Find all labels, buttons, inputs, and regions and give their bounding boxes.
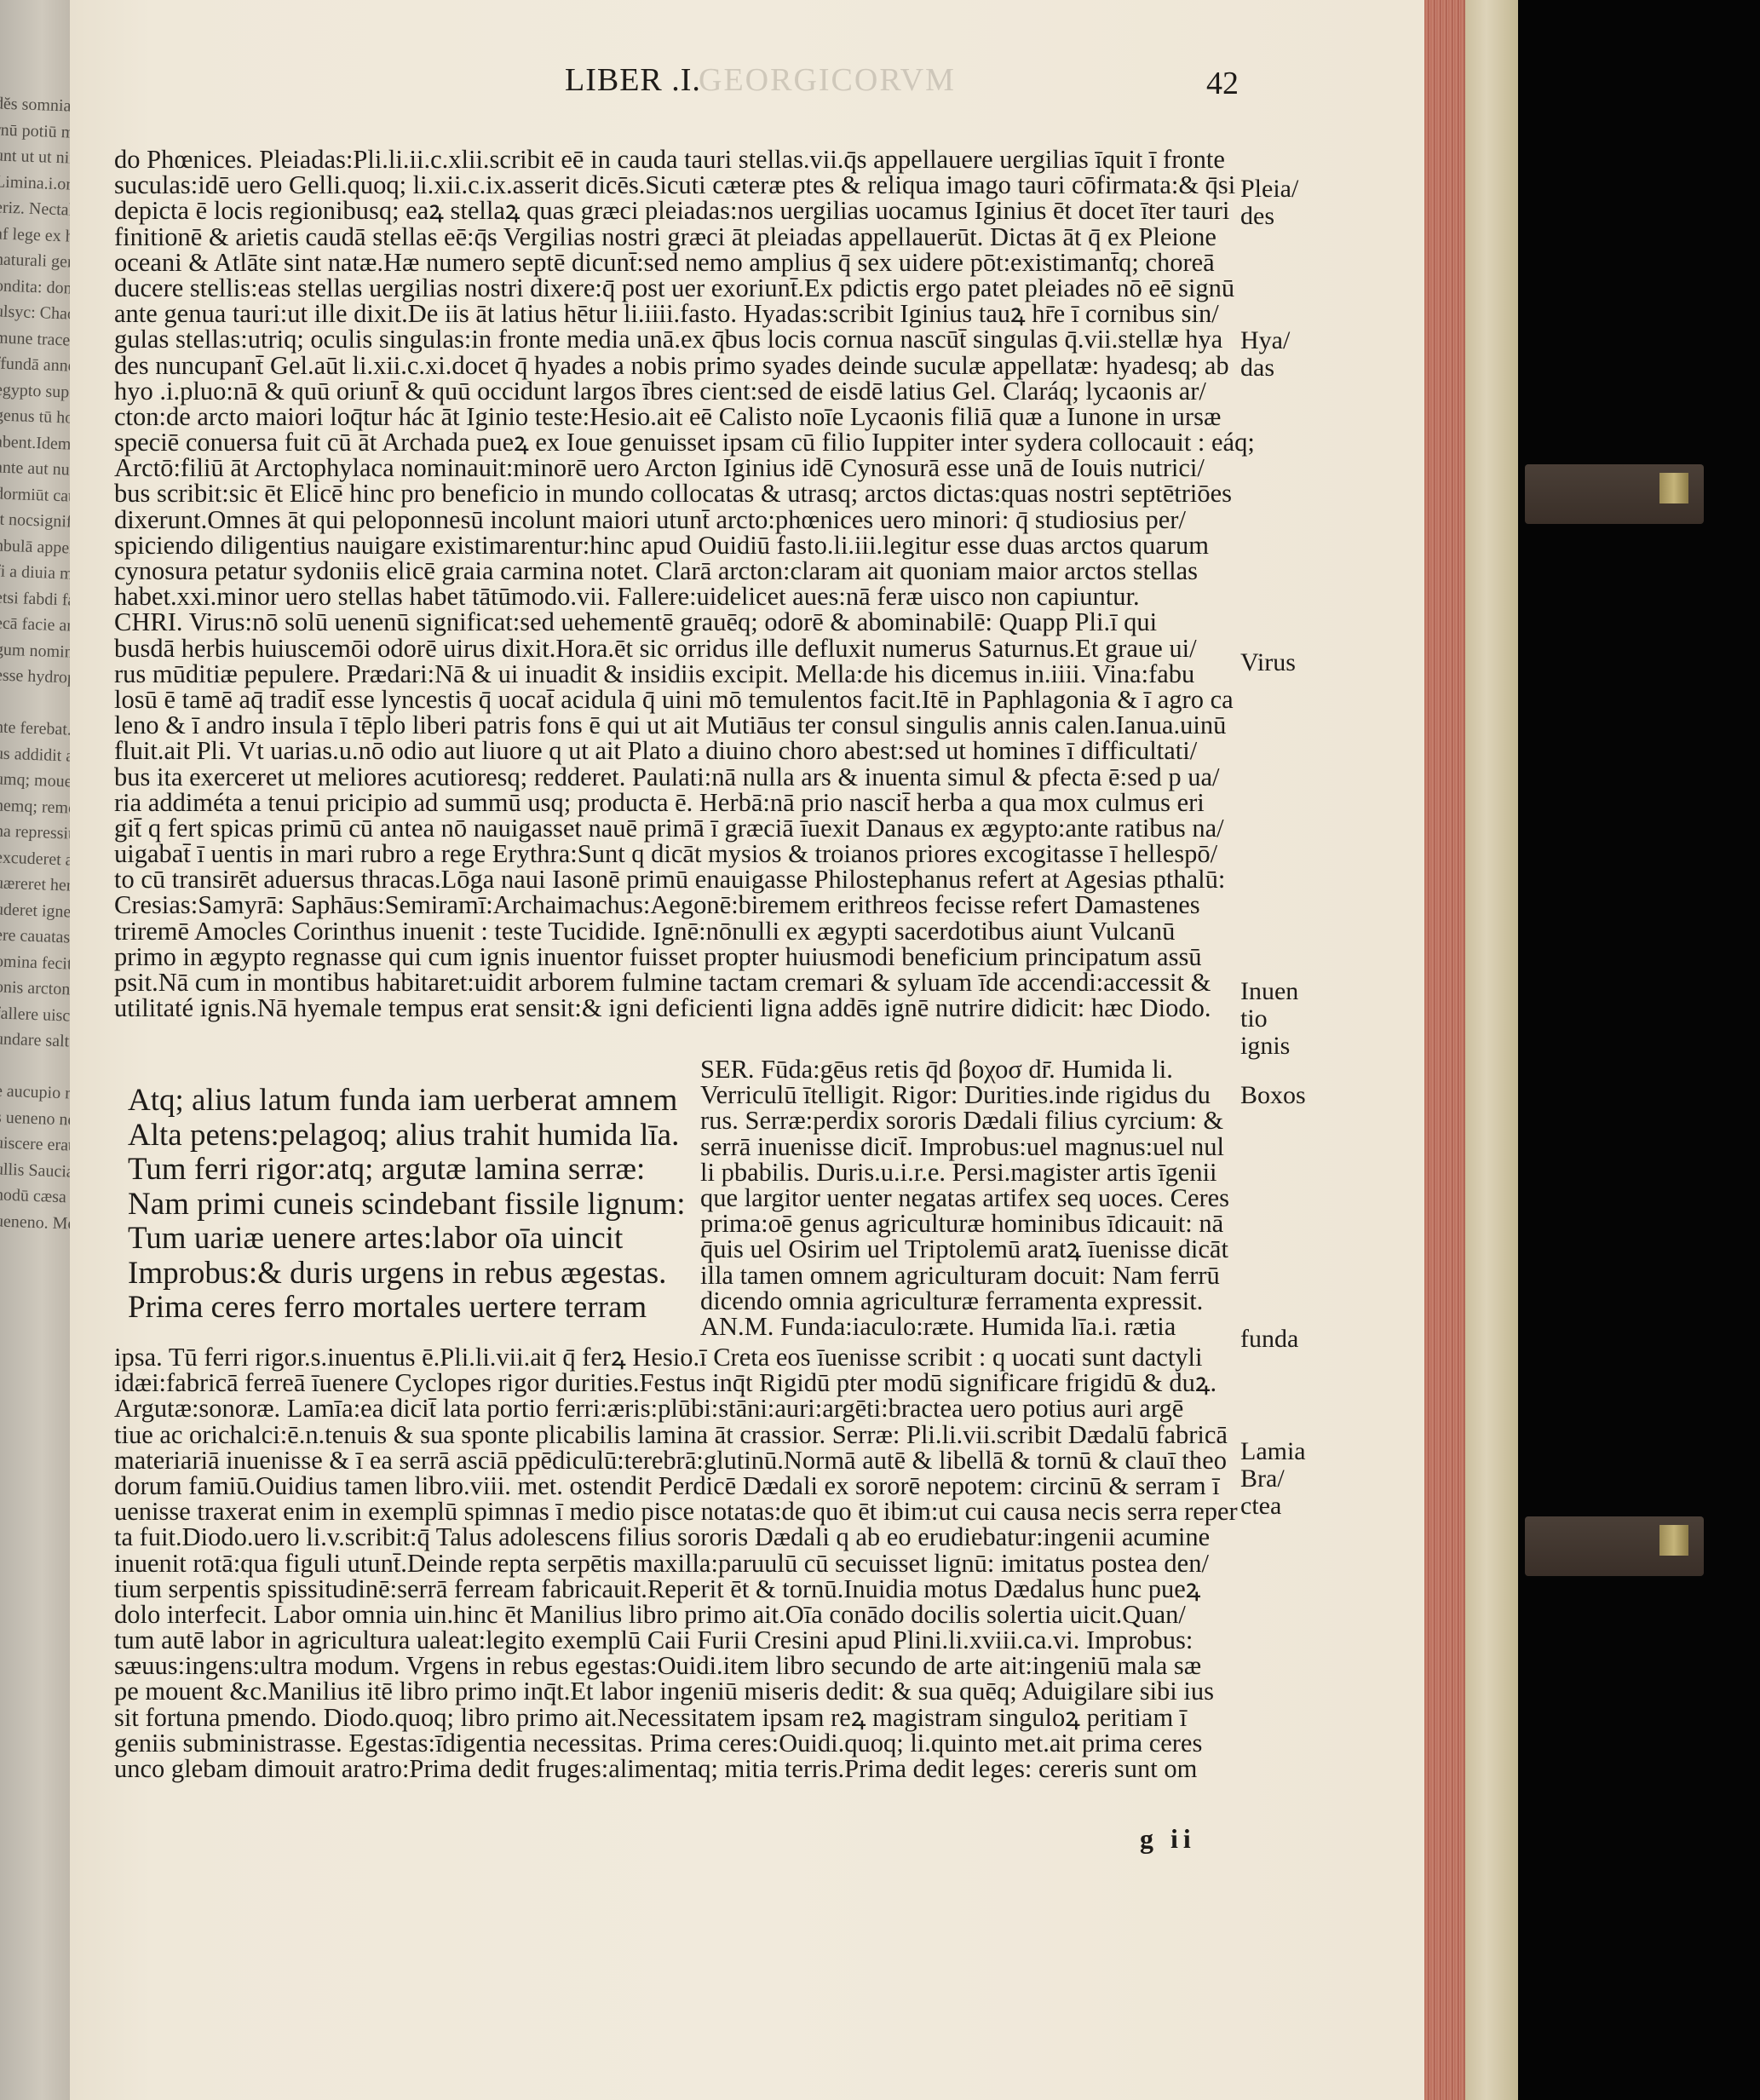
text-line: tium serpentis spissitudinē:serrā ferrea… <box>114 1576 1238 1602</box>
text-line: des nuncupant̄ Gel.aūt li.xii.c.xi.docet… <box>114 353 1255 378</box>
previous-page-line: gum nomina post ā <box>0 636 70 665</box>
verse-line: Nam primi cuneis scindebant fissile lign… <box>128 1188 686 1223</box>
text-line: ta fuit.Diodo.uero li.v.scribit:q̄ Talus… <box>114 1524 1238 1550</box>
text-line: finitionē & arietis caudā stellas eē:q̄s… <box>114 224 1255 250</box>
text-line: ipsa. Tū ferri rigor.s.inuentus ē.Pli.li… <box>114 1344 1238 1370</box>
text-line: q̄uis uel Osirim uel Triptolemū aratꝝ īu… <box>700 1236 1229 1262</box>
verse-line: Tum ferri rigor:atq; argutæ lamina serræ… <box>128 1153 686 1188</box>
upper-clasp-icon <box>1525 464 1704 524</box>
text-line: Arctō:filiū āt Arctophylaca nominauit:mi… <box>114 455 1255 480</box>
previous-page-line: ffundā anneq; ripis cu <box>0 350 70 378</box>
text-line: dorum famiū.Ouidius tamen libro.viii. me… <box>114 1473 1238 1499</box>
marginal-note: Virus <box>1240 649 1296 676</box>
text-line: to cū transirēt aduersus thracas.Lōga na… <box>114 866 1255 892</box>
show-through-heading: GEORGICORVM <box>699 61 956 99</box>
previous-page-line: ante aut nubibus terrā pe <box>0 454 70 482</box>
text-line: pe mouent &c.Manilius itē libro primo in… <box>114 1678 1238 1704</box>
text-line: ante genua tauri:ut ille dixit.De iis āt… <box>114 301 1255 326</box>
vellum-binding <box>1465 0 1518 2100</box>
text-line: psit.Nā cum in montibus habitaret:uidit … <box>114 969 1255 995</box>
text-line: git̄ q fert spicas primū cū antea nō nau… <box>114 815 1255 841</box>
commentary-right: SER. Fūda:gēus retis q̄d βοχοσ dr̄. Humi… <box>700 1056 1229 1339</box>
text-line: ducere stellis:eas stellas uergilias nos… <box>114 275 1255 301</box>
text-line: idæi:fabricā ferreā īuenere Cyclopes rig… <box>114 1370 1238 1395</box>
text-line: dolo interfecit. Labor omnia uin.hinc ēt… <box>114 1602 1238 1627</box>
previous-page-line: fi a diuia mēte selecto <box>0 558 70 586</box>
marginal-note: Inuen tio ignis <box>1240 978 1298 1060</box>
text-line: Cresias:Samyrā: Saphāus:Semiramī:Archaim… <box>114 892 1255 918</box>
text-line: depicta ē locis regionibusq; eaꝝ stellaꝝ… <box>114 198 1255 223</box>
previous-page-line: ueneno. Mellaq; de <box>0 1208 70 1236</box>
text-line: hyo .i.pluo:nā & quū oriunt̄ & quū occid… <box>114 378 1255 404</box>
text-line: dixerunt.Omnes āt qui peloponnesū incolu… <box>114 507 1255 532</box>
text-line: cton:de arcto maiori loq̄tur hác āt Igin… <box>114 404 1255 429</box>
text-line: losū ē tamē aq̄ tradit̄ esse lyncestis q… <box>114 687 1255 712</box>
previous-page-line: ere cauatas: <box>0 922 70 950</box>
text-line: fluit.ait Pli. Vt uarias.u.nō odio aut l… <box>114 738 1255 763</box>
previous-page-line: us addidit atris <box>0 740 70 768</box>
text-line: bus ita exerceret ut meliores acutioresq… <box>114 764 1255 790</box>
text-line: serrā inuenisse dicit̄. Improbus:uel mag… <box>700 1134 1229 1159</box>
previous-page-line: etsi fabdi fab <box>0 584 70 613</box>
previous-page-line: naturali genimalia <box>0 246 70 274</box>
text-line: habet.xxi.minor uero stellas habet tātūm… <box>114 584 1255 609</box>
text-line: oceani & Atlāte sint natæ.Hæ numero sept… <box>114 250 1255 275</box>
previous-page-line: ondita: dominatū <box>0 273 70 301</box>
marginal-note: Boxos <box>1240 1082 1306 1109</box>
commentary-bottom: ipsa. Tū ferri rigor.s.inuentus ē.Pli.li… <box>114 1344 1238 1781</box>
verse-line: Alta petens:pelagoq; alius trahit humida… <box>128 1119 686 1154</box>
previous-page-line: onis arcton. <box>0 974 70 1002</box>
text-line: Verriculū ītelligit. Rigor: Durities.ind… <box>700 1082 1229 1108</box>
previous-page-line: excuderet artes: <box>0 844 70 872</box>
text-line: inuenit rotā:qua figuli utunt̄.Deinde re… <box>114 1551 1238 1576</box>
verse-line: Improbus:& duris urgens in rebus ægestas… <box>128 1257 686 1292</box>
text-line: tum autē labor in agricultura ualeat:leg… <box>114 1627 1238 1653</box>
text-line: tiue ac orichalci:ē.n.tenuis & sua spont… <box>114 1422 1238 1447</box>
verse-line: Atq; alius latum funda iam uerberat amne… <box>128 1084 686 1119</box>
previous-page-line: mune tracenses a Sm <box>0 325 70 353</box>
text-line: rus. Serræ:perdix sororis Dædali filius … <box>700 1108 1229 1133</box>
previous-page-line: Limina.i.ora. Virg. <box>0 169 70 197</box>
previous-page-line: nbulā appellari ægypto <box>0 532 70 561</box>
marginal-note: Pleia/ des <box>1240 175 1298 230</box>
text-line: materiariā inuenisse & ī ea serrā asciā … <box>114 1447 1238 1473</box>
text-line: rus mūditiæ pepulere. Prædari:Nā & ui in… <box>114 661 1255 687</box>
previous-page-line: ullis Saucia nomeri <box>0 1156 70 1184</box>
previous-page-edge: dĕs somnia ut Festusrnū potiū māgis pess… <box>0 0 70 2100</box>
text-line: SER. Fūda:gēus retis q̄d βοχοσ dr̄. Humi… <box>700 1056 1229 1082</box>
verse-line: Prima ceres ferro mortales uertere terra… <box>128 1291 686 1326</box>
folio-number: 42 <box>1206 65 1239 102</box>
previous-page-line: dormiūt caterz sub ala <box>0 480 70 509</box>
verse-line: Tum uariæ uenere artes:labor oīa uincit <box>128 1222 686 1257</box>
text-line: do Phœnices. Pleiadas:Pli.li.ii.c.xlii.s… <box>114 147 1255 172</box>
verse-text: Atq; alius latum funda iam uerberat amne… <box>128 1084 686 1326</box>
previous-page-line: ulsyc: Chaonia pigra <box>0 298 70 326</box>
previous-page-line: uæreret herbā. <box>0 870 70 898</box>
text-line: que largitor uenter negatas artifex seq … <box>700 1185 1229 1211</box>
previous-page-line: it nocsignificat. hnx <box>0 506 70 534</box>
previous-page-line: s ueneno necare la <box>0 1104 70 1132</box>
previous-page-line: uderet ignem. <box>0 896 70 924</box>
previous-page-line: dĕs somnia ut Festus <box>0 90 70 118</box>
text-line: ria addiméta a tenui pricipio ad summū u… <box>114 790 1255 815</box>
text-line: AN.M. Funda:iaculo:ræte. Humida līa.i. r… <box>700 1314 1229 1339</box>
previous-page-line: umq; mouen. <box>0 766 70 794</box>
text-line: gulas stellas:utriq; oculis singulas:in … <box>114 326 1255 352</box>
running-head: LIBER .I. <box>565 61 701 99</box>
previous-page-line: omina fecit <box>0 948 70 976</box>
brass-fitting-icon <box>1659 473 1688 503</box>
red-page-edges <box>1424 0 1465 2100</box>
lower-clasp-icon <box>1525 1516 1704 1576</box>
text-line: uigabat̄ ī uentis in mari rubro a rege E… <box>114 841 1255 866</box>
commentary-top: do Phœnices. Pleiadas:Pli.li.ii.c.xlii.s… <box>114 147 1255 1021</box>
text-line: Argutæ:sonoræ. Lamīa:ea dicit̄ lata port… <box>114 1395 1238 1421</box>
text-line: unco glebam dimouit aratro:Prima dedit f… <box>114 1756 1238 1781</box>
text-line: utilitaté ignis.Nā hyemale tempus erat s… <box>114 995 1255 1021</box>
text-line: sit fortuna pmendo. Diodo.quoq; libro pr… <box>114 1705 1238 1730</box>
previous-page-line: genus tū homi tū equ <box>0 402 70 430</box>
text-line: uenisse traxerat enim in exemplū spimnas… <box>114 1499 1238 1524</box>
text-line: CHRI. Virus:nō solū uenenū significat:se… <box>114 609 1255 635</box>
text-line: triremē Amocles Corinthus inuenit : test… <box>114 918 1255 944</box>
previous-page-line: eriz. Nectalure <box>0 194 70 222</box>
brass-fitting-icon <box>1659 1525 1688 1556</box>
text-line: busdā herbis huiuscemōi odorē uirus dixi… <box>114 636 1255 661</box>
previous-page-line: af lege ex hocuegn <box>0 221 70 249</box>
previous-page-line: abent.Idem alibi scrib <box>0 429 70 457</box>
previous-page-line: ecā facie antiq ad <box>0 610 70 638</box>
text-line: dicendo omnia agriculturæ ferramenta exp… <box>700 1288 1229 1314</box>
previous-page-line: esse hydropicum. <box>0 662 70 690</box>
previous-page-line: nodū cæsa suis pegn <box>0 1182 70 1210</box>
text-line: cynosura petatur sydoniis elicē graia ca… <box>114 558 1255 584</box>
text-line: prima:oē genus agriculturæ hominibus īdi… <box>700 1211 1229 1236</box>
text-line: sæuus:ingens:ultra modum. Vrgens in rebu… <box>114 1653 1238 1678</box>
text-line: suculas:idē uero Gelli.quoq; li.xii.c.ix… <box>114 172 1255 198</box>
previous-page-line: nte ferebat. <box>0 714 70 742</box>
text-line: primo in ægypto regnasse qui cum ignis i… <box>114 944 1255 969</box>
text-line: speciē conuersa fuit cū āt Archada pueꝝ … <box>114 429 1255 455</box>
previous-page-line: e aucupio respuea <box>0 1078 70 1106</box>
marginal-note: Hya/ das <box>1240 327 1290 382</box>
text-line: geniis subministrasse. Egestas:īdigentia… <box>114 1730 1238 1756</box>
previous-page-line: nemq; remouit <box>0 792 70 820</box>
previous-page-line: rnū potiū māgis pessam <box>0 117 70 145</box>
previous-page-line: egypto supore deuda <box>0 377 70 405</box>
text-line: bus scribit:sic ēt Elicē hinc pro benefi… <box>114 480 1255 506</box>
marginal-note: Lamia Bra/ ctea <box>1240 1438 1306 1520</box>
previous-page-line: uiscere erat dicēdū <box>0 1130 70 1158</box>
text-line: leno & ī andro insula ī tēplo liberi pat… <box>114 712 1255 738</box>
previous-page-line: fallere uisco <box>0 1000 70 1028</box>
text-line: spiciendo diligentius nauigare existimar… <box>114 532 1255 558</box>
signature-mark: g ii <box>1140 1823 1196 1855</box>
text-line: illa tamen omnem agriculturam docuit: Na… <box>700 1263 1229 1288</box>
previous-page-line: undare saltus. <box>0 1026 70 1054</box>
marginal-note: funda <box>1240 1326 1298 1353</box>
text-line: li pbabilis. Duris.u.i.r.e. Persi.magist… <box>700 1159 1229 1185</box>
previous-page-line: na repressit: <box>0 818 70 846</box>
previous-page-line: unt ut ut nimbus q <box>0 142 70 170</box>
